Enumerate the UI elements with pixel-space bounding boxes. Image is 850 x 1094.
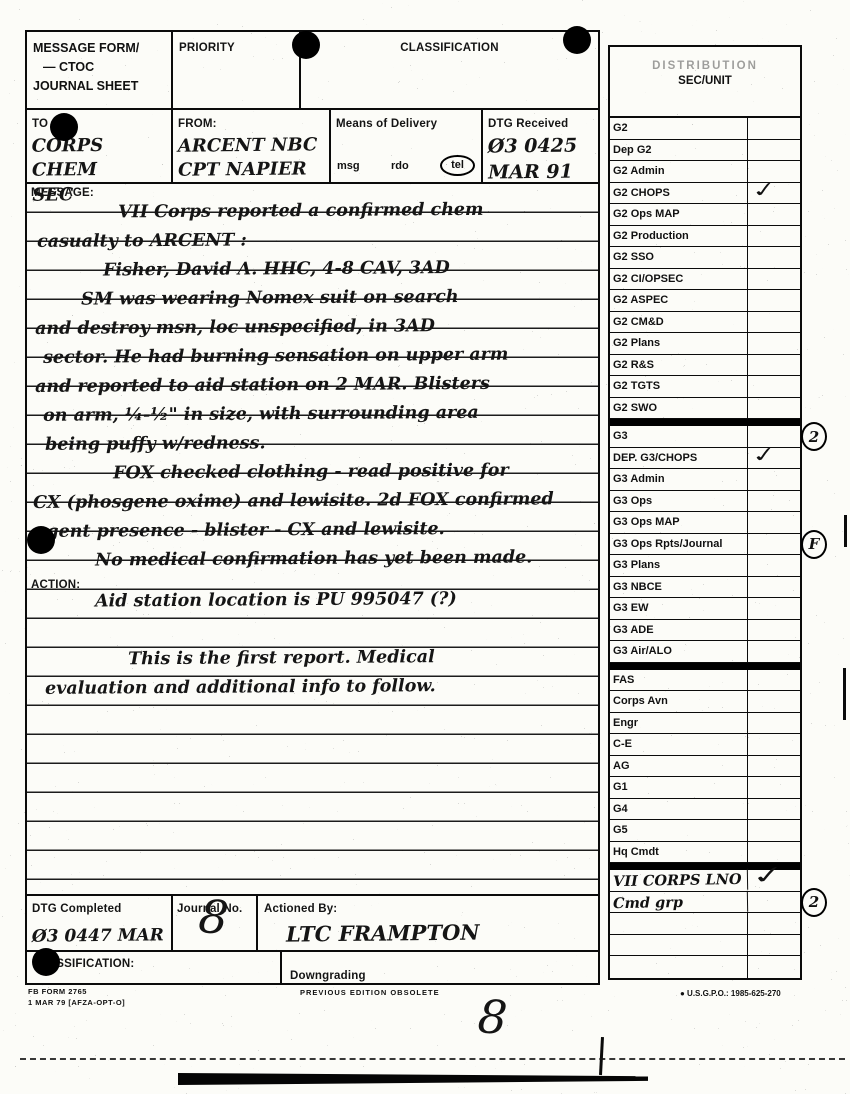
distribution-table: DISTRIBUTION SEC/UNIT G2Dep G2G2 AdminG2…: [608, 45, 802, 980]
distribution-header-line2: SEC/UNIT: [610, 75, 800, 87]
distribution-check-cell: [748, 355, 800, 376]
gpo-number: ● U.S.G.P.O.: 1985-625-270: [680, 989, 781, 998]
distribution-row: G2 Plans: [610, 333, 800, 355]
distribution-row: G1: [610, 777, 800, 799]
distribution-row-label: [610, 935, 748, 956]
distribution-row-label: G2 Ops MAP: [610, 204, 748, 225]
stray-pen-tick: [599, 1037, 603, 1075]
punch-hole: [563, 26, 591, 54]
distribution-row-label: Hq Cmdt: [610, 842, 748, 863]
distribution-check-cell: [748, 491, 800, 512]
distribution-row-label: G2 CHOPS: [610, 183, 748, 204]
distribution-row: G3 ADE: [610, 620, 800, 642]
distribution-row: G3 Ops MAP: [610, 512, 800, 534]
handwritten-line: VII Corps reported a confirmed chem: [33, 190, 594, 222]
distribution-check-cell: [748, 118, 800, 139]
message-section: MESSAGE: ACTION: VII Corps reported a co…: [27, 184, 598, 894]
distribution-row: G2 CI/OPSEC: [610, 269, 800, 291]
punch-hole: [50, 113, 78, 141]
delivery-options: msg rdo tel: [337, 155, 475, 176]
distribution-row-label: G2 Production: [610, 226, 748, 247]
distribution-row: G2 Production: [610, 226, 800, 248]
handwritten-line: FOX checked clothing - read positive for: [33, 451, 594, 483]
distribution-check-cell: [748, 777, 800, 798]
distribution-row: [610, 913, 800, 935]
distribution-row: G3 Ops Rpts/JournalF: [610, 534, 800, 556]
checkmark-icon: ✓: [750, 177, 779, 201]
distribution-row-label: G4: [610, 799, 748, 820]
from-label: FROM:: [178, 118, 217, 130]
section-divider-bar: [610, 419, 800, 426]
stray-handwritten-8: 8: [476, 989, 509, 1045]
distribution-row-label: G2 R&S: [610, 355, 748, 376]
scanned-journal-sheet: MESSAGE FORM/ — CTOC JOURNAL SHEET PRIOR…: [0, 0, 850, 1094]
message-form: MESSAGE FORM/ — CTOC JOURNAL SHEET PRIOR…: [25, 30, 600, 985]
distribution-row: FAS: [610, 670, 800, 692]
actioned-by-value: LTC FRAMPTON: [286, 917, 592, 949]
distribution-row: G2 ASPEC: [610, 290, 800, 312]
bottom-scan-line: [20, 1058, 845, 1060]
distribution-row: C-E: [610, 734, 800, 756]
distribution-row-label: G2 ASPEC: [610, 290, 748, 311]
distribution-row-label: G2 CI/OPSEC: [610, 269, 748, 290]
section-divider-bar: [610, 663, 800, 670]
distribution-check-cell: [748, 641, 800, 662]
to-field: TO CORPS CHEM SEC: [27, 110, 173, 184]
punch-hole: [27, 526, 55, 554]
distribution-row: Cmd grp2: [610, 892, 800, 914]
distribution-row-label: Dep G2: [610, 140, 748, 161]
distribution-check-cell: [748, 140, 800, 161]
distribution-row: Corps Avn: [610, 691, 800, 713]
distribution-row: Hq Cmdt: [610, 842, 800, 864]
distribution-row-label: G3 Ops Rpts/Journal: [610, 534, 748, 555]
distribution-check-cell: [748, 799, 800, 820]
distribution-row-label: G5: [610, 820, 748, 841]
distribution-row: G4: [610, 799, 800, 821]
distribution-row-label: G3 ADE: [610, 620, 748, 641]
distribution-row-label: AG: [610, 756, 748, 777]
distribution-check-cell: [748, 913, 800, 934]
handwritten-line: Fisher, David A. HHC, 4-8 CAV, 3AD: [33, 248, 594, 280]
distribution-row-label: DEP. G3/CHOPS: [610, 448, 748, 469]
distribution-check-cell: [748, 398, 800, 419]
classification-footer-field: CLASSIFICATION:: [27, 950, 282, 983]
handwritten-line: casualty to ARCENT :: [33, 219, 594, 251]
distribution-row-label: FAS: [610, 670, 748, 691]
handwritten-line: and destroy msn, loc unspecified, in 3AD: [33, 306, 594, 338]
to-label: TO: [32, 118, 48, 130]
distribution-row-label: Engr: [610, 713, 748, 734]
dtg-received-label: DTG Received: [488, 118, 568, 130]
distribution-row: G3 Plans: [610, 555, 800, 577]
distribution-row: G3 EW: [610, 598, 800, 620]
downgrading-field: Downgrading: [282, 950, 598, 983]
distribution-row-label: G3 Ops MAP: [610, 512, 748, 533]
handwritten-line: sector. He had burning sensation on uppe…: [33, 335, 594, 367]
form-title-line1: MESSAGE FORM/: [33, 39, 165, 58]
distribution-row-label: G2: [610, 118, 748, 139]
distribution-row-label: Corps Avn: [610, 691, 748, 712]
form-number-block: FB FORM 2765 1 MAR 79 [AFZA-OPT-O]: [28, 986, 125, 1009]
distribution-row-label: G2 Plans: [610, 333, 748, 354]
distribution-row: G2 R&S: [610, 355, 800, 377]
handwritten-line: on arm, ¼-½" in size, with surrounding a…: [33, 393, 594, 425]
distribution-check-cell: [748, 333, 800, 354]
distribution-row-label: G3 Plans: [610, 555, 748, 576]
distribution-check-cell: ✓: [748, 448, 800, 469]
distribution-row: [610, 956, 800, 978]
form-number: FB FORM 2765: [28, 986, 125, 997]
handwritten-line: evaluation and additional info to follow…: [33, 666, 594, 698]
handwritten-line: No medical confirmation has yet been mad…: [33, 538, 594, 570]
distribution-row-label: G2 SSO: [610, 247, 748, 268]
form-title-line3: JOURNAL SHEET: [33, 77, 165, 96]
distribution-row: G3 NBCE: [610, 577, 800, 599]
distribution-row-label: G3: [610, 426, 748, 447]
distribution-row: [610, 935, 800, 957]
distribution-row-label: C-E: [610, 734, 748, 755]
distribution-row-label: G2 CM&D: [610, 312, 748, 333]
distribution-row: Dep G2: [610, 140, 800, 162]
distribution-row: G5: [610, 820, 800, 842]
punch-hole: [292, 31, 320, 59]
distribution-row: G2 CM&D: [610, 312, 800, 334]
classification-field: CLASSIFICATION: [301, 32, 598, 110]
delivery-option-rdo: rdo: [391, 160, 409, 172]
distribution-rows: G2Dep G2G2 AdminG2 CHOPS✓G2 Ops MAPG2 Pr…: [608, 118, 802, 980]
distribution-row: VII CORPS LNO✓: [610, 870, 800, 892]
journal-no-field: Journal No. 8: [173, 894, 258, 950]
distribution-check-cell: [748, 598, 800, 619]
handwritten-line: being puffy w/redness.: [33, 422, 594, 454]
distribution-check-cell: [748, 956, 800, 978]
distribution-check-cell: [748, 892, 800, 913]
distribution-check-cell: [748, 512, 800, 533]
distribution-check-cell: [748, 226, 800, 247]
distribution-check-cell: ✓: [748, 183, 800, 204]
priority-label: PRIORITY: [179, 42, 235, 54]
distribution-row: Engr: [610, 713, 800, 735]
distribution-check-cell: [748, 842, 800, 863]
distribution-check-cell: [748, 820, 800, 841]
from-value: ARCENT NBC CPT NAPIER: [178, 133, 325, 183]
distribution-row-label: VII CORPS LNO: [610, 869, 748, 892]
distribution-check-cell: [748, 670, 800, 691]
delivery-option-msg: msg: [337, 160, 360, 172]
distribution-row: G2 Ops MAP: [610, 204, 800, 226]
right-edge-mark: [844, 515, 847, 547]
circled-annotation: 2: [801, 422, 827, 451]
distribution-check-cell: [748, 577, 800, 598]
distribution-header-line1: DISTRIBUTION: [610, 60, 800, 72]
dtg-completed-label: DTG Completed: [32, 903, 122, 915]
form-title-line2: — CTOC: [33, 58, 165, 77]
distribution-check-cell: [748, 269, 800, 290]
handwritten-line: SM was wearing Nomex suit on search: [33, 277, 594, 309]
distribution-check-cell: [748, 204, 800, 225]
distribution-row-label: G2 TGTS: [610, 376, 748, 397]
distribution-check-cell: ✓: [748, 870, 800, 891]
means-of-delivery-label: Means of Delivery: [336, 118, 437, 130]
distribution-row-label: G3 Ops: [610, 491, 748, 512]
right-edge-mark: [843, 668, 846, 720]
distribution-check-cell: [748, 713, 800, 734]
distribution-check-cell: [748, 555, 800, 576]
actioned-by-label: Actioned By:: [264, 903, 337, 915]
distribution-row: G2 CHOPS✓: [610, 183, 800, 205]
handwritten-line: CX (phosgene oxime) and lewisite. 2d FOX…: [33, 480, 594, 512]
dtg-received-field: DTG Received Ø3 0425 MAR 91: [483, 110, 598, 184]
distribution-row: DEP. G3/CHOPS✓: [610, 448, 800, 470]
distribution-check-cell: [748, 247, 800, 268]
punch-hole: [32, 948, 60, 976]
distribution-check-cell: [748, 935, 800, 956]
distribution-check-cell: [748, 756, 800, 777]
distribution-row-label: G3 EW: [610, 598, 748, 619]
handwritten-line: and reported to aid station on 2 MAR. Bl…: [33, 364, 594, 396]
form-title: MESSAGE FORM/ — CTOC JOURNAL SHEET: [27, 32, 173, 110]
actioned-by-field: Actioned By: LTC FRAMPTON: [258, 894, 598, 950]
bottom-black-bar: [178, 1072, 648, 1085]
distribution-row: G3 Air/ALO: [610, 641, 800, 663]
distribution-row-label: Cmd grp: [610, 890, 748, 913]
distribution-row-label: G3 Air/ALO: [610, 641, 748, 662]
distribution-row-label: G3 Admin: [610, 469, 748, 490]
circled-annotation: F: [801, 530, 827, 559]
distribution-row-label: [610, 956, 748, 978]
distribution-row: G2: [610, 118, 800, 140]
handwritten-line: Aid station location is PU 995047 (?): [33, 579, 594, 611]
form-date: 1 MAR 79 [AFZA-OPT-O]: [28, 997, 125, 1008]
distribution-row-label: G2 SWO: [610, 398, 748, 419]
distribution-row-label: [610, 913, 748, 934]
distribution-check-cell: [748, 734, 800, 755]
distribution-row-label: G1: [610, 777, 748, 798]
handwritten-line: agent presence - blister - CX and lewisi…: [33, 509, 594, 541]
handwritten-line: This is the first report. Medical: [33, 637, 594, 669]
distribution-check-cell: [748, 534, 800, 555]
distribution-check-cell: [748, 691, 800, 712]
dtg-completed-field: DTG Completed Ø3 0447 MAR 91: [27, 894, 173, 950]
dtg-received-value: Ø3 0425 MAR 91: [488, 133, 594, 185]
delivery-option-tel-circled: tel: [440, 155, 475, 176]
circled-annotation: 2: [801, 888, 827, 917]
distribution-row: G3 Ops: [610, 491, 800, 513]
distribution-row: G2 SSO: [610, 247, 800, 269]
distribution-check-cell: [748, 312, 800, 333]
priority-field: PRIORITY: [173, 32, 301, 110]
classification-label: CLASSIFICATION: [400, 42, 498, 54]
handwritten-line: [33, 608, 594, 640]
distribution-row: G3 Admin: [610, 469, 800, 491]
journal-no-value: 8: [196, 889, 231, 946]
distribution-check-cell: [748, 290, 800, 311]
distribution-header: DISTRIBUTION SEC/UNIT: [608, 45, 802, 118]
distribution-check-cell: [748, 469, 800, 490]
previous-edition-note: PREVIOUS EDITION OBSOLETE: [300, 988, 440, 997]
distribution-row: G2 TGTS: [610, 376, 800, 398]
from-field: FROM: ARCENT NBC CPT NAPIER: [173, 110, 331, 184]
checkmark-icon: ✓: [750, 442, 779, 466]
means-of-delivery-field: Means of Delivery msg rdo tel: [331, 110, 483, 184]
downgrading-label: Downgrading: [290, 970, 366, 982]
distribution-check-cell: [748, 376, 800, 397]
checkmark-icon: ✓: [750, 861, 786, 888]
distribution-row: G2 SWO: [610, 398, 800, 420]
distribution-row: AG: [610, 756, 800, 778]
distribution-check-cell: [748, 620, 800, 641]
distribution-row-label: G3 NBCE: [610, 577, 748, 598]
distribution-row-label: G2 Admin: [610, 161, 748, 182]
